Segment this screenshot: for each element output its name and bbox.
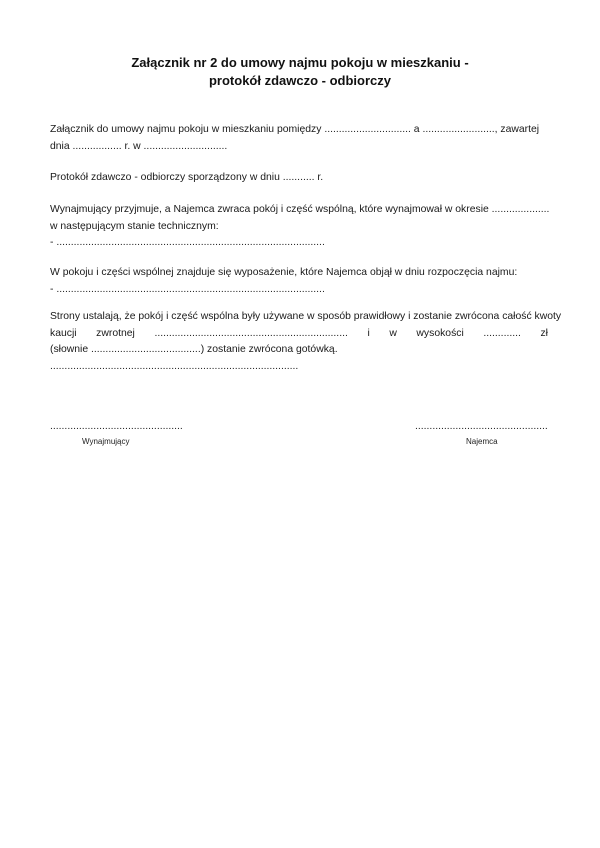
- deposit-word: zwrotnej: [96, 326, 135, 343]
- return-condition-line-2: w następującym stanie technicznym:: [50, 219, 548, 236]
- protocol-date-line: Protokół zdawczo - odbiorczy sporządzony…: [50, 170, 548, 187]
- equipment-paragraph: W pokoju i części wspólnej znajduje się …: [50, 265, 548, 298]
- landlord-signature-label: Wynajmujący: [82, 437, 130, 447]
- return-condition-line-1: Wynajmujący przyjmuje, a Najemca zwraca …: [50, 202, 548, 219]
- title-line-1: Załącznik nr 2 do umowy najmu pokoju w m…: [0, 54, 600, 72]
- tenant-signature-line: ........................................…: [415, 420, 548, 434]
- deposit-fill-line: ........................................…: [50, 359, 548, 376]
- deposit-word: kaucji: [50, 326, 77, 343]
- deposit-line-1: Strony ustalają, że pokój i część wspóln…: [50, 309, 548, 326]
- tenant-signature-label: Najemca: [466, 437, 498, 447]
- deposit-word: w: [389, 326, 397, 343]
- equipment-line-1: W pokoju i części wspólnej znajduje się …: [50, 265, 548, 282]
- intro-paragraph: Załącznik do umowy najmu pokoju w mieszk…: [50, 122, 548, 155]
- deposit-paragraph: Strony ustalają, że pokój i część wspóln…: [50, 309, 548, 375]
- landlord-signature-line: ........................................…: [50, 420, 183, 434]
- return-condition-fill-line: - ......................................…: [50, 235, 548, 252]
- intro-line-2: dnia ................. r. w ............…: [50, 139, 548, 156]
- deposit-line-3: (słownie ...............................…: [50, 342, 548, 359]
- deposit-word: i: [367, 326, 369, 343]
- intro-line-1: Załącznik do umowy najmu pokoju w mieszk…: [50, 122, 548, 139]
- return-condition-paragraph: Wynajmujący przyjmuje, a Najemca zwraca …: [50, 202, 548, 252]
- deposit-line-2: kaucji zwrotnej ........................…: [50, 326, 548, 343]
- title-line-2: protokół zdawczo - odbiorczy: [0, 72, 600, 90]
- deposit-word: wysokości: [416, 326, 463, 343]
- document-title: Załącznik nr 2 do umowy najmu pokoju w m…: [0, 54, 600, 90]
- deposit-amount-blank: ........................................…: [154, 326, 347, 343]
- protocol-date-paragraph: Protokół zdawczo - odbiorczy sporządzony…: [50, 170, 548, 187]
- document-page: Załącznik nr 2 do umowy najmu pokoju w m…: [0, 0, 600, 848]
- deposit-currency: zł: [540, 326, 548, 343]
- deposit-value-blank: .............: [483, 326, 521, 343]
- equipment-fill-line: - ......................................…: [50, 282, 548, 299]
